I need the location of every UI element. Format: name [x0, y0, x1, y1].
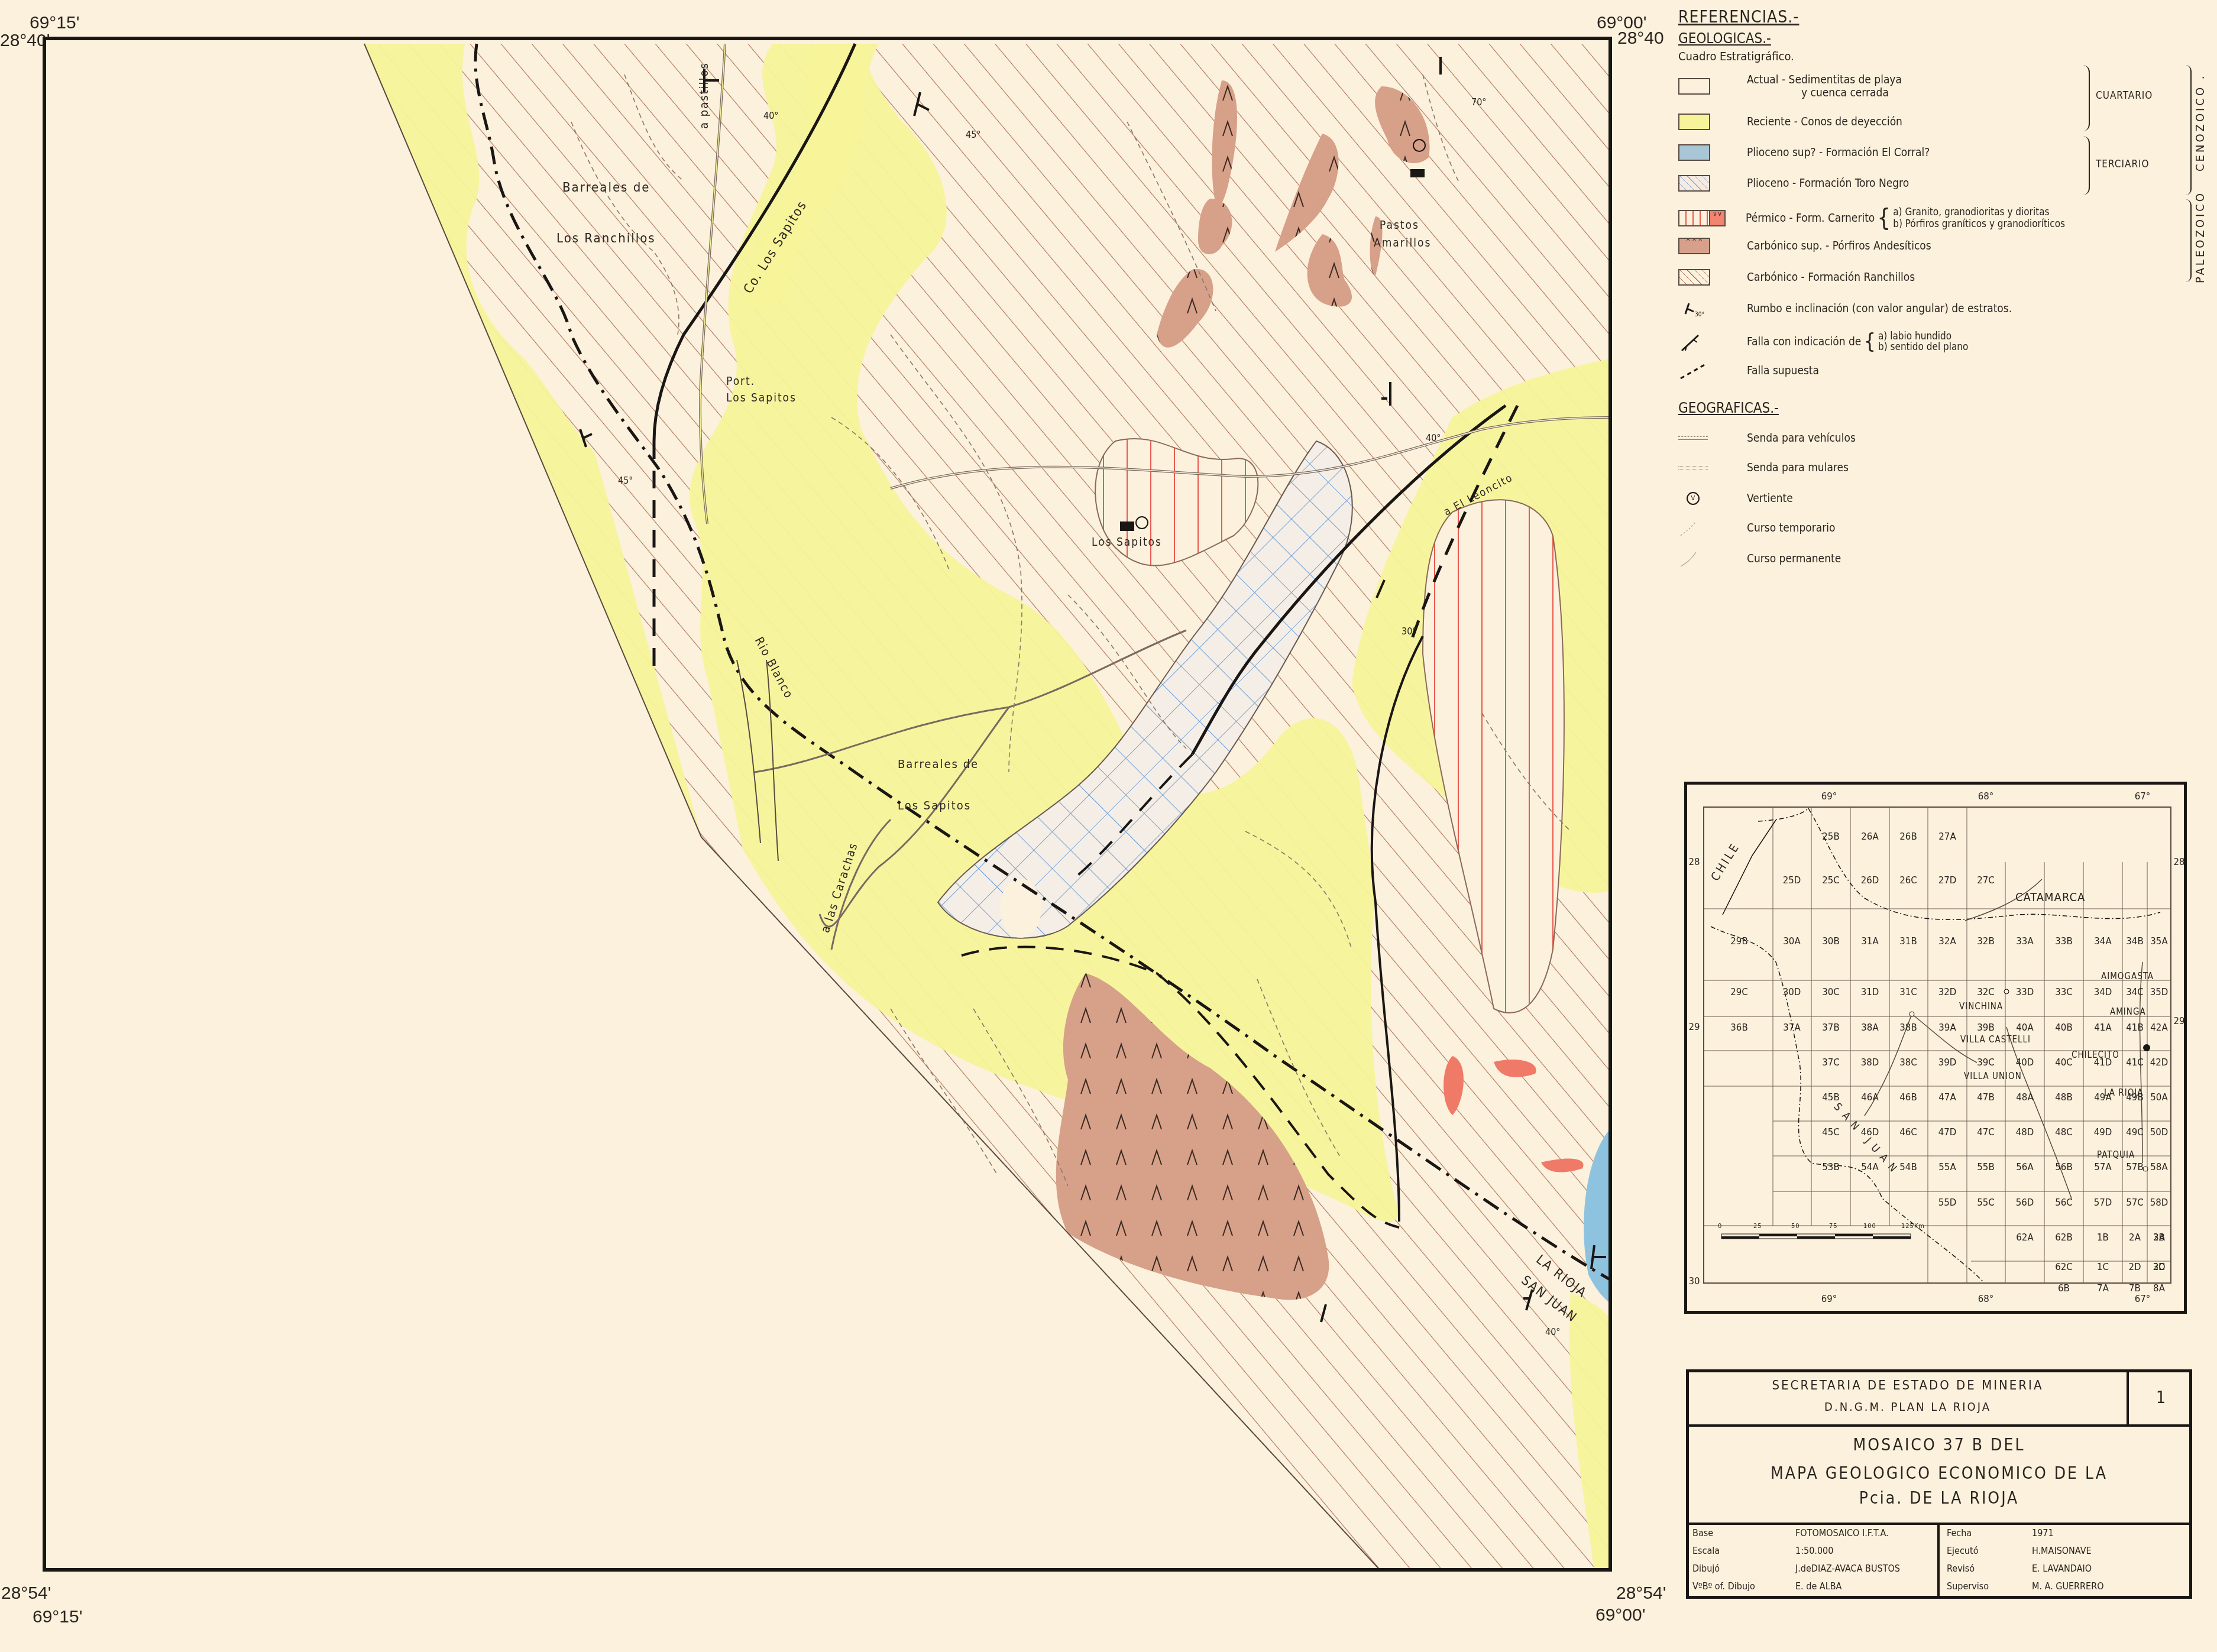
legend-title: REFERENCIAS.-: [1678, 7, 2199, 27]
credit-key: Base: [1692, 1527, 1713, 1538]
plan-name: D.N.G.M. PLAN LA RIOJA: [1689, 1400, 2127, 1414]
index-lon-69-bottom: 69°: [1821, 1294, 1837, 1304]
legend-unit-reciente: Reciente - Conos de deyección: [1678, 114, 1902, 130]
index-sheet-label: 48C: [2055, 1127, 2073, 1138]
senda-mulares-label: Senda para mulares: [1747, 461, 1849, 474]
index-sheet-label: 54A: [1861, 1162, 1878, 1172]
unit-label-plioceno-sup: Plioceno sup? - Formación El Corral?: [1747, 146, 1930, 159]
index-sheet-label: 58D: [2150, 1197, 2169, 1208]
index-sheet-label: 42D: [2150, 1057, 2169, 1068]
legend-unit-permico: v v Pérmico - Form. Carnerito { a) Grani…: [1678, 205, 2065, 232]
index-sheet-label: 36B: [1730, 1022, 1747, 1033]
map-title-3: Pcia. DE LA RIOJA: [1689, 1488, 2189, 1508]
label-los-sapitos: Los Sapitos: [1092, 536, 1162, 549]
brace-cuartario: [2083, 65, 2090, 131]
index-sheet-label: 27D: [1938, 875, 1957, 886]
index-sheet-label: 37C: [1822, 1057, 1840, 1068]
index-grid: [1687, 785, 2184, 1311]
index-town-patquia: PATQUIA: [2097, 1149, 2135, 1160]
credit-value: E. de ALBA: [1795, 1580, 1841, 1592]
index-sheet-label: 38C: [1899, 1057, 1917, 1068]
index-sheet-label: 48A: [2016, 1092, 2033, 1103]
vertiente-label: Vertiente: [1747, 492, 1793, 505]
index-sheet-label: 38D: [1861, 1057, 1879, 1068]
swatch-actual: [1678, 78, 1710, 95]
index-sheet-label: 39B: [1977, 1022, 1994, 1033]
dip-value: 70°: [1471, 96, 1487, 108]
index-sheet-label: 39D: [1938, 1057, 1957, 1068]
swatch-permico: v v: [1678, 210, 1726, 226]
index-lon-68-bottom: 68°: [1978, 1294, 1994, 1304]
index-sheet-label: 8A: [2153, 1283, 2165, 1294]
index-sheet-label: 2A: [2129, 1232, 2141, 1243]
permico-subunits: a) Granito, granodioritas y dioritas b) …: [1893, 206, 2065, 230]
coord-bottom-right-lon: 69°00': [1595, 1605, 1645, 1625]
credit-value: H.MAISONAVE: [2032, 1545, 2092, 1556]
index-sheet-label: 48B: [2055, 1092, 2072, 1103]
index-sheet-label: 62B: [2055, 1232, 2072, 1243]
index-sheet-label: 25C: [1822, 875, 1840, 886]
credit-value: E. LAVANDAIO: [2032, 1563, 2092, 1574]
index-sheet-label: 31C: [1899, 987, 1917, 997]
credit-key: Escala: [1692, 1545, 1720, 1556]
index-sheet-label: 30C: [1822, 987, 1840, 997]
index-sheet-label: 56C: [2055, 1197, 2073, 1208]
label-a-pastillos: a pastillos: [697, 62, 711, 129]
unit-label-reciente: Reciente - Conos de deyección: [1747, 115, 1902, 128]
index-lat-30: 30: [1688, 1276, 1700, 1287]
index-sheet-label: 26B: [1899, 831, 1917, 842]
index-sheet-label: 40C: [2055, 1057, 2073, 1068]
svg-text:30°: 30°: [1695, 312, 1704, 318]
index-sheet-label: 47D: [1938, 1127, 1957, 1138]
label-port-1: Port.: [726, 375, 755, 388]
index-sheet-label: 34A: [2094, 936, 2111, 947]
index-town-aimogasta: AIMOGASTA: [2101, 971, 2154, 982]
scale-label: 125Km: [1901, 1222, 1925, 1230]
index-sheet-label: 26A: [1861, 831, 1878, 842]
legend-unit-carbonico-sup: ^ ^ ^ Carbónico sup. - Pórfiros Andesíti…: [1678, 238, 1931, 254]
index-lat-28: 28: [1688, 857, 1700, 867]
unit-label-permico: Pérmico - Form. Carnerito: [1746, 212, 1875, 225]
legend-unit-plioceno-sup: Plioceno sup? - Formación El Corral?: [1678, 144, 1930, 161]
brace-terciario: [2083, 136, 2090, 195]
index-sheet-label: 31D: [1861, 987, 1879, 997]
label-barreales-ranchillos-1: Barreales de: [562, 180, 650, 195]
index-sheet-label: 56B: [2055, 1162, 2072, 1172]
coord-bottom-right-lat: 28°54': [1616, 1583, 1666, 1604]
temporary-stream-icon: [1678, 519, 1710, 537]
map-geology-layer: [46, 40, 1612, 1572]
title-block: SECRETARIA DE ESTADO DE MINERIA D.N.G.M.…: [1686, 1369, 2192, 1599]
geologic-map[interactable]: Barreales de Los Ranchillos a pastillos …: [43, 37, 1612, 1572]
fault-icon: [1678, 333, 1710, 351]
index-sheet-label: 6B: [2058, 1283, 2070, 1294]
index-sheet-label: 62A: [2016, 1232, 2033, 1243]
index-sheet-label: 32A: [1938, 936, 1956, 947]
falla-b: b) sentido del plano: [1878, 342, 1968, 352]
senda-vehiculos-label: Senda para vehículos: [1747, 432, 1856, 445]
index-lon-68: 68°: [1978, 791, 1994, 802]
index-lat-29: 29: [1688, 1022, 1700, 1032]
index-map: 69° 68° 67° 69° 68° 67° 28 29 30 28 29 C…: [1684, 782, 2187, 1314]
index-sheet-label: 41D: [2094, 1057, 2112, 1068]
period-cuartario: CUARTARIO: [2096, 90, 2153, 102]
index-sheet-label: 25D: [1783, 875, 1801, 886]
index-sheet-label: 40D: [2016, 1057, 2034, 1068]
index-sheet-label: 47A: [1938, 1092, 1956, 1103]
index-lon-67: 67°: [2135, 791, 2151, 802]
index-sheet-label: 7B: [2129, 1283, 2141, 1294]
index-sheet-label: 50A: [2150, 1092, 2167, 1103]
index-sheet-label: 56D: [2016, 1197, 2034, 1208]
credit-value: 1971: [2032, 1527, 2054, 1538]
coord-bottom-left-lat: 28°54': [1, 1583, 51, 1604]
credit-key: Fecha: [1947, 1527, 1972, 1538]
label-pastos-1: Pastos: [1380, 219, 1419, 232]
period-terciario: TERCIARIO: [2096, 158, 2150, 170]
index-province-catamarca: CATAMARCA: [2015, 890, 2085, 904]
scale-label: 100: [1863, 1222, 1876, 1230]
legend-unit-carbonico: Carbónico - Formación Ranchillos: [1678, 269, 1915, 286]
index-sheet-label: 27C: [1977, 875, 1995, 886]
legend-senda-mulares: Senda para mulares: [1678, 459, 1849, 477]
swatch-plioceno-sup: [1678, 144, 1710, 161]
credit-key: Ejecutó: [1947, 1545, 1978, 1556]
legend-cuadro-heading: Cuadro Estratigráfico.: [1678, 49, 2199, 63]
label-barreales-sapitos-1: Barreales de: [898, 757, 979, 771]
coord-bottom-left-lon: 69°15': [33, 1607, 82, 1627]
index-sheet-label: 47B: [1977, 1092, 1994, 1103]
index-sheet-label: 34B: [2126, 936, 2143, 947]
index-sheet-label: 33D: [2016, 987, 2034, 997]
index-sheet-label: 50D: [2150, 1127, 2169, 1138]
index-sheet-label: 25B: [1822, 831, 1839, 842]
index-sheet-label: 3A: [2153, 1232, 2165, 1243]
index-sheet-label: 62C: [2055, 1262, 2073, 1272]
legend-unit-label: Actual - Sedimentitas de playa y cuenca …: [1747, 73, 1902, 99]
index-sheet-label: 49B: [2126, 1092, 2143, 1103]
agency-name: SECRETARIA DE ESTADO DE MINERIA: [1689, 1378, 2127, 1393]
index-sheet-label: 57A: [2094, 1162, 2111, 1172]
index-sheet-label: 49D: [2094, 1127, 2112, 1138]
permico-sub-b: b) Pórfiros graníticos y granodioríticos: [1893, 218, 2065, 230]
index-sheet-label: 27A: [1938, 831, 1956, 842]
index-sheet-label: 41A: [2094, 1022, 2111, 1033]
index-sheet-label: 1C: [2097, 1262, 2109, 1272]
era-paleozoico: PALEOZOICO: [2193, 200, 2207, 283]
rumbo-label: Rumbo e inclinación (con valor angular) …: [1747, 302, 2012, 315]
index-sheet-label: 46B: [1899, 1092, 1917, 1103]
index-sheet-label: 29B: [1730, 936, 1747, 947]
label-port-2: Los Sapitos: [726, 391, 797, 404]
index-sheet-label: 49C: [2126, 1127, 2144, 1138]
brace-paleozoico: [2186, 199, 2192, 282]
legend-unit-plioceno: Plioceno - Formación Toro Negro: [1678, 175, 1909, 192]
index-sheet-label: 55D: [1938, 1197, 1957, 1208]
index-sheet-label: 45B: [1822, 1092, 1839, 1103]
scale-label: 50: [1791, 1222, 1800, 1230]
legend-curso-permanente: Curso permanente: [1678, 550, 1841, 568]
credits-divider: [1937, 1525, 1940, 1598]
credit-value: 1:50.000: [1795, 1545, 1833, 1556]
credit-value: J.deDIAZ-AVACA BUSTOS: [1795, 1563, 1900, 1574]
index-sheet-label: 41B: [2126, 1022, 2143, 1033]
index-lon-69: 69°: [1821, 791, 1837, 802]
falla-supuesta-label: Falla supuesta: [1747, 364, 1819, 377]
falla-subitems: a) labio hundido b) sentido del plano: [1878, 331, 1968, 352]
index-sheet-label: 34D: [2094, 987, 2112, 997]
dip-value: 45°: [966, 129, 981, 140]
index-sheet-label: 33C: [2055, 987, 2073, 997]
index-sheet-label: 34C: [2126, 987, 2144, 997]
dip-value: 40°: [1426, 432, 1441, 443]
unit-label-actual-2: y cuenca cerrada: [1747, 86, 1902, 99]
permico-sub-a: a) Granito, granodioritas y dioritas: [1893, 206, 2065, 218]
coord-top-left-lon: 69°15': [30, 13, 79, 33]
index-sheet-label: 37B: [1822, 1022, 1839, 1033]
index-town-villa-union: VILLA UNION: [1964, 1071, 2022, 1081]
falla-label: Falla con indicación de: [1747, 335, 1861, 348]
unit-label-carbonico-sup: Carbónico sup. - Pórfiros Andesíticos: [1747, 239, 1931, 252]
legend: REFERENCIAS.- GEOLOGICAS.- Cuadro Estrat…: [1678, 7, 2199, 63]
index-sheet-label: 38A: [1861, 1022, 1878, 1033]
title-header-row: SECRETARIA DE ESTADO DE MINERIA D.N.G.M.…: [1689, 1372, 2189, 1427]
label-barreales-sapitos-2: Los Sapitos: [898, 798, 971, 812]
legend-unit-actual: Actual - Sedimentitas de playa y cuenca …: [1678, 73, 1902, 99]
index-sheet-label: 39C: [1977, 1057, 1995, 1068]
legend-geologicas-heading: GEOLOGICAS.-: [1678, 30, 2199, 47]
mule-track-icon: [1678, 459, 1710, 477]
coord-top-right-lat: 28°40: [1617, 28, 1664, 48]
index-sheet-label: 30D: [1783, 987, 1801, 997]
index-sheet-label: 35D: [2150, 987, 2169, 997]
credit-key: Revisó: [1947, 1563, 1975, 1574]
index-town-vinchina: VINCHINA: [1959, 1001, 2003, 1012]
scale-label: 75: [1829, 1222, 1838, 1230]
index-sheet-label: 31B: [1899, 936, 1917, 947]
strike-dip-icon: 30°: [1678, 300, 1710, 318]
index-sheet-label: 48D: [2016, 1127, 2034, 1138]
index-sheet-label: 29C: [1730, 987, 1748, 997]
index-sheet-label: 45C: [1822, 1127, 1840, 1138]
index-sheet-label: 32B: [1977, 936, 1994, 947]
scale-label: 0: [1718, 1222, 1722, 1230]
index-sheet-label: 7A: [2097, 1283, 2109, 1294]
index-sheet-label: 2D: [2128, 1262, 2141, 1272]
legend-senda-vehiculos: Senda para vehículos: [1678, 429, 1856, 447]
index-sheet-label: 55A: [1938, 1162, 1956, 1172]
credit-key: Superviso: [1947, 1580, 1989, 1592]
index-sheet-label: 41C: [2126, 1057, 2144, 1068]
index-town-aminga: AMINGA: [2110, 1006, 2146, 1017]
scale-label: 25: [1753, 1222, 1762, 1230]
dip-value: 40°: [763, 110, 779, 121]
title-main-row: MOSAICO 37 B DEL MAPA GEOLOGICO ECONOMIC…: [1689, 1424, 2189, 1525]
index-sheet-label: 58A: [2150, 1162, 2167, 1172]
credit-key: VºBº of. Dibujo: [1692, 1580, 1755, 1592]
index-sheet-label: 35A: [2150, 936, 2167, 947]
index-sheet-label: 33A: [2016, 936, 2033, 947]
index-sheet-label: 32D: [1938, 987, 1957, 997]
legend-falla-supuesta: Falla supuesta: [1678, 362, 1819, 380]
curso-permanente-label: Curso permanente: [1747, 552, 1841, 565]
permanent-stream-icon: [1678, 550, 1710, 568]
index-sheet-label: 31A: [1861, 936, 1878, 947]
index-sheet-label: 32C: [1977, 987, 1995, 997]
era-cenozoico: CENOZOICO .: [2193, 89, 2207, 171]
index-sheet-label: 46A: [1861, 1092, 1878, 1103]
index-sheet-label: 40A: [2016, 1022, 2033, 1033]
index-sheet-label: 46C: [1899, 1127, 1917, 1138]
index-sheet-label: 3D: [2153, 1262, 2165, 1272]
index-sheet-label: 30A: [1783, 936, 1800, 947]
index-sheet-label: 26C: [1899, 875, 1917, 886]
curso-temporario-label: Curso temporario: [1747, 521, 1836, 535]
credit-key: Dibujó: [1692, 1563, 1720, 1574]
index-sheet-label: 38B: [1899, 1022, 1917, 1033]
index-sheet-label: 30B: [1822, 936, 1839, 947]
legend-vertiente: V Vertiente: [1678, 490, 1793, 507]
inferred-fault-icon: [1678, 362, 1710, 380]
dip-value: 30°: [1402, 626, 1417, 637]
index-sheet-label: 56A: [2016, 1162, 2033, 1172]
swatch-carbonico: [1678, 269, 1710, 286]
index-lon-67-bottom: 67°: [2135, 1294, 2151, 1304]
index-sheet-label: 57B: [2126, 1162, 2143, 1172]
legend-geograficas-heading: GEOGRAFICAS.-: [1678, 400, 1779, 416]
label-pastos-2: Amarillos: [1374, 237, 1431, 250]
brace-cenozoico: [2186, 65, 2192, 195]
index-sheet-label: 33B: [2055, 936, 2072, 947]
swatch-plioceno: [1678, 175, 1710, 192]
legend-curso-temporario: Curso temporario: [1678, 519, 1836, 537]
swatch-carbonico-sup: ^ ^ ^: [1678, 238, 1710, 254]
index-lat-29-right: 29: [2173, 1016, 2184, 1026]
index-sheet-label: 1B: [2097, 1232, 2109, 1243]
unit-label-carbonico: Carbónico - Formación Ranchillos: [1747, 271, 1915, 284]
credit-value: M. A. GUERRERO: [2032, 1580, 2103, 1592]
spring-icon: V: [1678, 490, 1710, 507]
dip-value: 45°: [618, 475, 633, 486]
index-sheet-label: 57D: [2094, 1197, 2112, 1208]
index-sheet-label: 55B: [1977, 1162, 1994, 1172]
index-sheet-label: 54B: [1899, 1162, 1917, 1172]
index-sheet-label: 39A: [1938, 1022, 1956, 1033]
vehicle-track-icon: [1678, 429, 1710, 447]
index-sheet-label: 57C: [2126, 1197, 2144, 1208]
map-title-2: MAPA GEOLOGICO ECONOMICO DE LA: [1689, 1463, 2189, 1483]
brace-icon: {: [1863, 329, 1876, 354]
brace-icon: {: [1877, 205, 1891, 232]
unit-label-plioceno: Plioceno - Formación Toro Negro: [1747, 177, 1909, 190]
unit-label-actual: Actual - Sedimentitas de playa: [1747, 73, 1902, 86]
map-title-1: MOSAICO 37 B DEL: [1689, 1435, 2189, 1455]
swatch-reciente: [1678, 114, 1710, 130]
dip-value: 40°: [1545, 1326, 1561, 1337]
index-lat-28-right: 28: [2173, 857, 2184, 867]
index-sheet-label: 46D: [1861, 1127, 1879, 1138]
index-sheet-label: 47C: [1977, 1127, 1995, 1138]
falla-a: a) labio hundido: [1878, 331, 1968, 342]
legend-rumbo: 30° Rumbo e inclinación (con valor angul…: [1678, 300, 2012, 318]
index-sheet-label: 49A: [2094, 1092, 2111, 1103]
credit-value: FOTOMOSAICO I.F.T.A.: [1795, 1527, 1889, 1538]
legend-falla: Falla con indicación de { a) labio hundi…: [1678, 329, 1968, 354]
sheet-number: 1: [2129, 1388, 2193, 1407]
index-town-villa-castelli: VILLA CASTELLI: [1960, 1034, 2031, 1045]
index-sheet-label: 55C: [1977, 1197, 1995, 1208]
index-sheet-label: 26D: [1861, 875, 1879, 886]
label-barreales-ranchillos-2: Los Ranchillos: [556, 231, 656, 246]
index-sheet-label: 37A: [1783, 1022, 1800, 1033]
index-sheet-label: 53B: [1822, 1162, 1839, 1172]
index-sheet-label: 40B: [2055, 1022, 2072, 1033]
index-sheet-label: 42A: [2150, 1022, 2167, 1033]
